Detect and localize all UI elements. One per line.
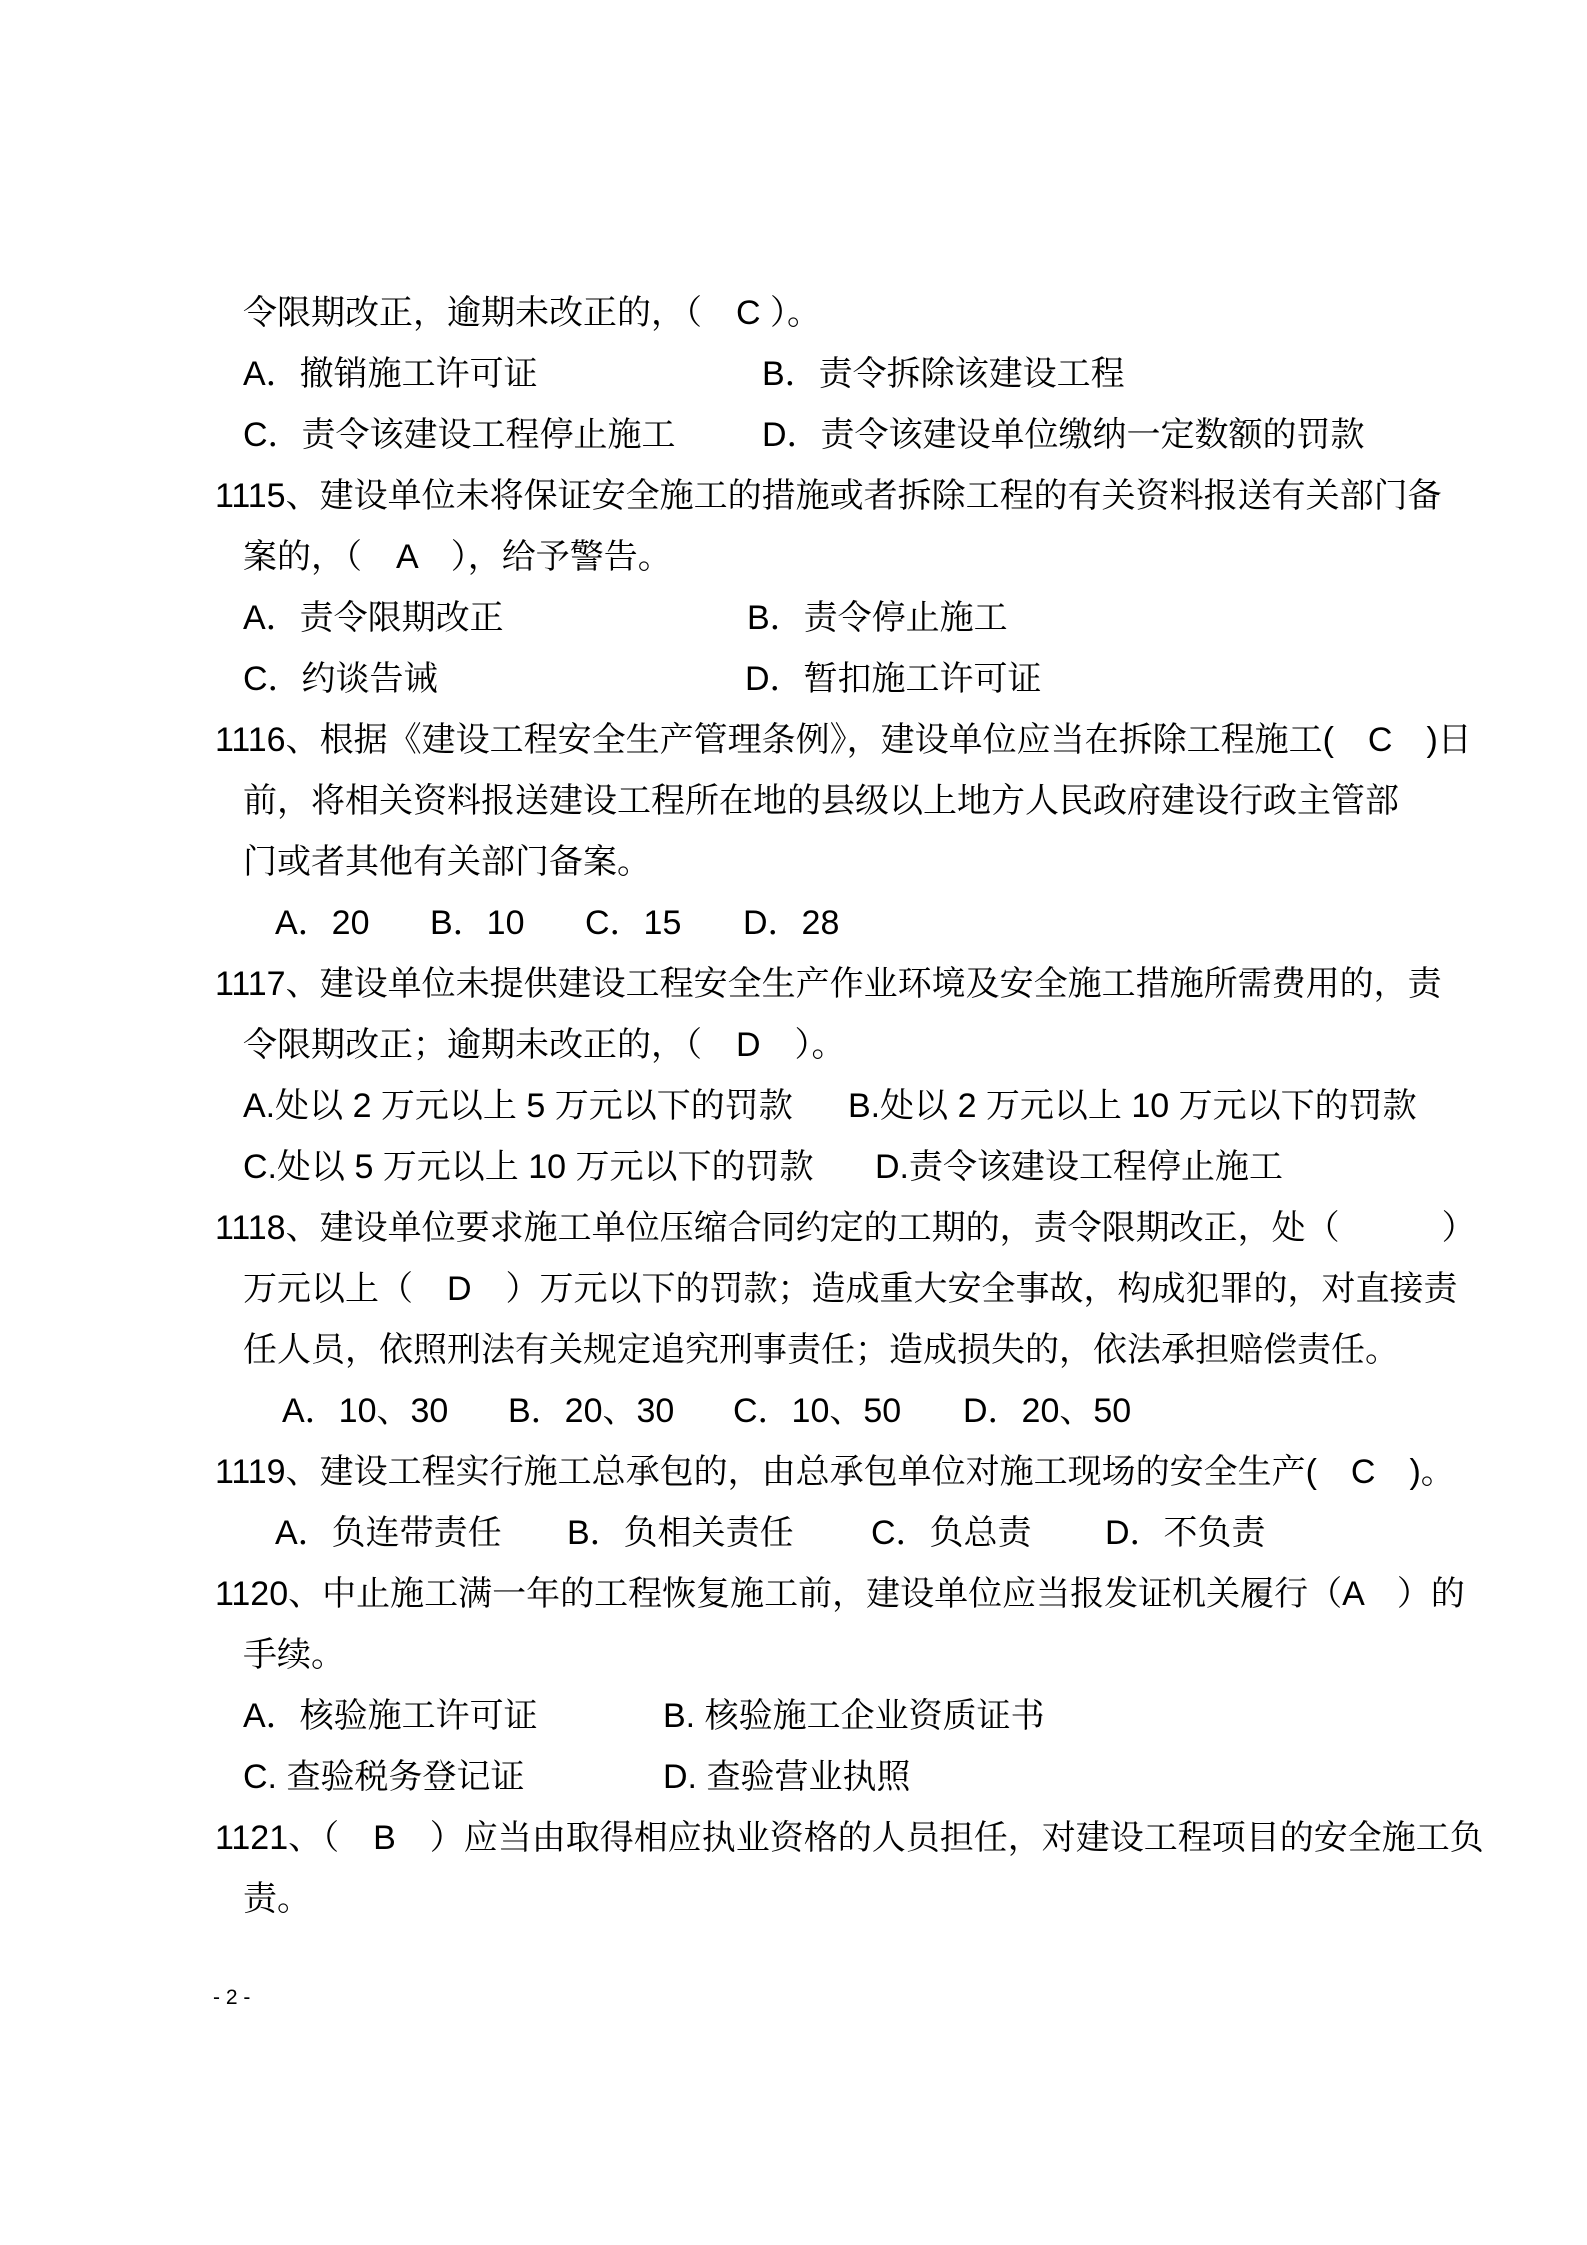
document-page: 令限期改正，逾期未改正的，（ C ）。 A．撤销施工许可证B．责令拆除该建设工程… [0,0,1587,2245]
option-a: A．核验施工许可证 [243,1686,663,1747]
option-row: C.处以 5 万元以上 10 万元以下的罚款D.责令该建设工程停止施工 [0,1137,1587,1198]
option-b: B.处以 2 万元以上 10 万元以下的罚款 [848,1076,1417,1137]
page-number: - 2 - [213,1983,250,2013]
question-stem-line: 令限期改正；逾期未改正的，（ D ）。 [0,1015,1587,1076]
option-a: A．负连带责任 [275,1503,567,1564]
question-stem-line: 手续。 [0,1625,1587,1686]
question-stem-line: 门或者其他有关部门备案。 [0,832,1587,893]
question-stem-line: 1118、建设单位要求施工单位压缩合同约定的工期的，责令限期改正，处（ ） [0,1198,1587,1259]
option-a: A.处以 2 万元以上 5 万元以下的罚款 [243,1076,848,1137]
question-stem-line: 1121、（ B ）应当由取得相应执业资格的人员担任，对建设工程项目的安全施工负 [0,1808,1587,1869]
option-d: D．28 [743,893,839,954]
option-c: C．责令该建设工程停止施工 [243,405,762,466]
option-row: A．责令限期改正B．责令停止施工 [0,588,1587,649]
option-row: A．10、30B．20、30C．10、50D．20、50 [0,1381,1587,1442]
option-row: A．20B．10C．15D．28 [0,893,1587,954]
option-row: A．核验施工许可证B. 核验施工企业资质证书 [0,1686,1587,1747]
option-b: B．责令停止施工 [747,588,1008,649]
option-b: B．20、30 [508,1381,733,1442]
option-d: D. 查验营业执照 [663,1747,910,1808]
option-row: A．负连带责任B．负相关责任C．负总责D．不负责 [0,1503,1587,1564]
question-stem-line: 责。 [0,1869,1587,1930]
question-stem-line: 万元以上（ D ）万元以下的罚款；造成重大安全事故，构成犯罪的，对直接责 [0,1259,1587,1320]
option-d: D.责令该建设工程停止施工 [875,1137,1283,1198]
question-stem-line: 任人员，依照刑法有关规定追究刑事责任；造成损失的，依法承担赔偿责任。 [0,1320,1587,1381]
option-row: C. 查验税务登记证D. 查验营业执照 [0,1747,1587,1808]
question-stem-line: 1116、根据《建设工程安全生产管理条例》，建设单位应当在拆除工程施工( C )… [0,710,1587,771]
question-stem-line: 令限期改正，逾期未改正的，（ C ）。 [0,283,1587,344]
question-stem-line: 案的，（ A ），给予警告。 [0,527,1587,588]
option-b: B．责令拆除该建设工程 [762,344,1125,405]
question-stem-line: 1119、建设工程实行施工总承包的，由总承包单位对施工现场的安全生产( C )。 [0,1442,1587,1503]
option-c: C．负总责 [871,1503,1105,1564]
option-b: B．负相关责任 [567,1503,871,1564]
option-a: A．10、30 [282,1381,508,1442]
option-c: C．15 [585,893,743,954]
question-stem-line: 1120、中止施工满一年的工程恢复施工前，建设单位应当报发证机关履行（A ）的 [0,1564,1587,1625]
question-list: 令限期改正，逾期未改正的，（ C ）。 A．撤销施工许可证B．责令拆除该建设工程… [0,283,1587,1930]
option-a: A．责令限期改正 [243,588,747,649]
option-b: B．10 [430,893,585,954]
option-d: D．暂扣施工许可证 [745,649,1042,710]
question-stem-line: 1115、建设单位未将保证安全施工的措施或者拆除工程的有关资料报送有关部门备 [0,466,1587,527]
question-stem-line: 前，将相关资料报送建设工程所在地的县级以上地方人民政府建设行政主管部 [0,771,1587,832]
option-c: C. 查验税务登记证 [243,1747,663,1808]
option-row: C．约谈告诫D．暂扣施工许可证 [0,649,1587,710]
option-row: C．责令该建设工程停止施工D．责令该建设单位缴纳一定数额的罚款 [0,405,1587,466]
question-stem-line: 1117、建设单位未提供建设工程安全生产作业环境及安全施工措施所需费用的，责 [0,954,1587,1015]
option-c: C．10、50 [733,1381,963,1442]
option-d: D．20、50 [963,1381,1131,1442]
option-d: D．不负责 [1105,1503,1266,1564]
option-a: A．撤销施工许可证 [243,344,762,405]
option-b: B. 核验施工企业资质证书 [663,1686,1045,1747]
option-row: A.处以 2 万元以上 5 万元以下的罚款B.处以 2 万元以上 10 万元以下… [0,1076,1587,1137]
option-c: C.处以 5 万元以上 10 万元以下的罚款 [243,1137,875,1198]
option-row: A．撤销施工许可证B．责令拆除该建设工程 [0,344,1587,405]
option-a: A．20 [275,893,430,954]
option-c: C．约谈告诫 [243,649,745,710]
option-d: D．责令该建设单位缴纳一定数额的罚款 [762,405,1365,466]
